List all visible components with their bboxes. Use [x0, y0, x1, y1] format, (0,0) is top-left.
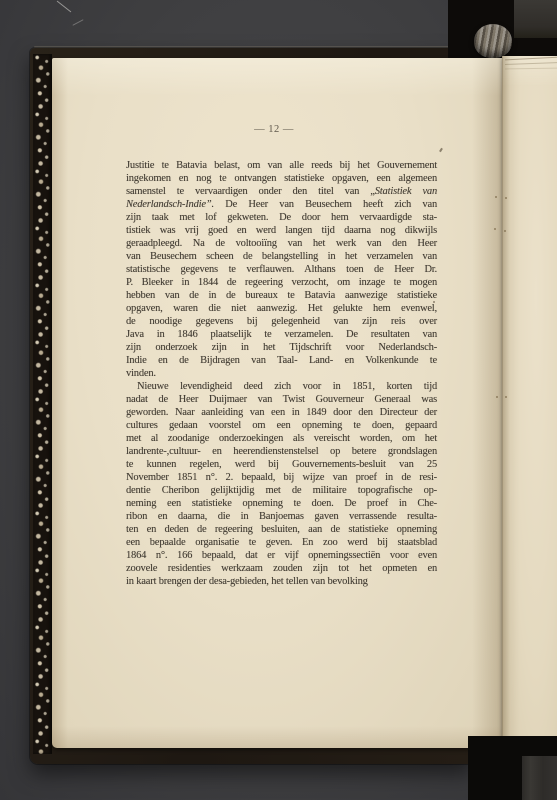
italic-text-segment: Nederlandsch-Indie”. [126, 199, 214, 210]
dust-scratch [72, 19, 83, 26]
text-line: samenstel te vervaardigen onder den tite… [126, 185, 437, 198]
text-line: de noodige gegevens bij gelegenheid van … [126, 315, 437, 328]
text-segment: de noodige gegevens bij gelegenheid van … [126, 316, 437, 327]
text-segment: Java in 1846 plaatselijk te verzamelen. … [126, 329, 437, 340]
headband-icon [474, 24, 512, 58]
text-segment: tistiek was vrij goed en werd langen tij… [126, 225, 437, 236]
text-line: ingekomen en nog te ontvangen statistiek… [126, 172, 437, 185]
text-line: opgaven, waren die niet aanwezig. Het ge… [126, 302, 437, 315]
page-edge-line [505, 68, 557, 70]
text-segment: ribon en daarna, die in Banjoemas gaven … [126, 511, 437, 522]
text-segment: opgaven, waren die niet aanwezig. Het ge… [126, 303, 437, 314]
page-edge-line [505, 57, 557, 61]
text-segment: De Heer van Beusechem heeft zich van [214, 199, 437, 210]
text-line: neming een statistieke opneming te doen.… [126, 497, 437, 510]
text-segment: zijn onderzoek zijn in het Tijdschrift v… [126, 342, 437, 353]
text-line: ten en deden de regeering besluiten, aan… [126, 523, 437, 536]
text-segment: cultures gedaan voorstel om een opneming… [126, 420, 437, 431]
text-segment: Indie en de Bijdragen van Taal- Land- en… [126, 355, 437, 366]
text-line: statistische gegevens te verflauwen. Alt… [126, 263, 437, 276]
text-segment: hebben van de in de bureaux te Batavia a… [126, 290, 437, 301]
text-segment: dentie Cheribon gelijktijdig met de mili… [126, 485, 437, 496]
text-line: zoovele residenties werkzaam zouden zijn… [126, 562, 437, 575]
text-line: Java in 1846 plaatselijk te verzamelen. … [126, 328, 437, 341]
scan-background: — 12 — Justitie te Batavia belast, om va… [0, 0, 557, 800]
text-segment: zoovele residenties werkzaam zouden zijn… [126, 563, 437, 574]
text-segment: 1864 n°. 166 bepaald, dat er vijf opnemi… [126, 550, 437, 561]
text-segment: geraadpleegd. Na de voltooiïng van het w… [126, 238, 437, 249]
text-line: van Beusechem scheen de belangstelling i… [126, 250, 437, 263]
text-line: hebben van de in de bureaux te Batavia a… [126, 289, 437, 302]
text-segment: samenstel te vervaardigen onder den tite… [126, 186, 375, 197]
text-line: November 1851 n°. 2. bepaald, bij wijze … [126, 471, 437, 484]
text-segment: landrente-,cultuur- en heerendienstenste… [126, 446, 437, 457]
page-number: — 12 — [126, 124, 422, 135]
text-segment: ingekomen en nog te ontvangen statistiek… [126, 173, 437, 184]
page-edge-line [505, 62, 557, 65]
book-page: — 12 — Justitie te Batavia belast, om va… [52, 58, 502, 748]
text-line: P. Bleeker in 1844 de regeering verzocht… [126, 276, 437, 289]
text-line: zijn taak met lof gekweten. De door hem … [126, 211, 437, 224]
ink-speck [439, 148, 443, 152]
text-line: Indie en de Bijdragen van Taal- Land- en… [126, 354, 437, 367]
paragraph: Nieuwe levendigheid deed zich voor in 18… [126, 380, 437, 588]
book-cover-board [522, 756, 557, 800]
text-segment: neming een statistieke opneming te doen.… [126, 498, 437, 509]
text-segment: ten en deden de regeering besluiten, aan… [126, 524, 437, 535]
text-segment: van Beusechem scheen de belangstelling i… [126, 251, 437, 262]
text-line: Justitie te Batavia belast, om van alle … [126, 159, 437, 172]
text-segment: Nieuwe levendigheid deed zich voor in 18… [137, 381, 437, 392]
text-segment: geworden. Naar aanleiding van een in 184… [126, 407, 437, 418]
facing-page-gutter [502, 56, 557, 740]
text-line: geraadpleegd. Na de voltooiïng van het w… [126, 237, 437, 250]
text-segment: Justitie te Batavia belast, om van alle … [126, 160, 437, 171]
stitch-hole [494, 228, 496, 230]
text-line: tistiek was vrij goed en werd langen tij… [126, 224, 437, 237]
ink-speck [433, 301, 435, 303]
dust-scratch [57, 1, 72, 13]
text-segment: November 1851 n°. 2. bepaald, bij wijze … [126, 472, 437, 483]
text-segment: P. Bleeker in 1844 de regeering verzocht… [126, 277, 437, 288]
text-segment: een bepaalde organisatie te geven. En zo… [126, 537, 437, 548]
text-segment: vinden. [126, 368, 156, 379]
text-line: cultures gedaan voorstel om een opneming… [126, 419, 437, 432]
stitch-hole [504, 230, 506, 232]
marbled-endpaper-edge [33, 54, 52, 754]
text-line: 1864 n°. 166 bepaald, dat er vijf opnemi… [126, 549, 437, 562]
stitch-hole [495, 196, 497, 198]
text-line: ribon en daarna, die in Banjoemas gaven … [126, 510, 437, 523]
text-segment: in kaart brengen der desa-gebieden, het … [126, 576, 368, 587]
text-line: met al zoodanige onderzoekingen als vere… [126, 432, 437, 445]
text-segment: te kunnen regelen, werd bij Gouvernement… [126, 459, 437, 470]
text-segment: met al zoodanige onderzoekingen als vere… [126, 433, 437, 444]
stitch-hole [505, 396, 507, 398]
text-line: een bepaalde organisatie te geven. En zo… [126, 536, 437, 549]
italic-text-segment: Statistiek van [375, 186, 437, 197]
paragraph: Justitie te Batavia belast, om van alle … [126, 159, 437, 380]
text-segment: nadat de Heer Duijmaer van Twist Gouvern… [126, 394, 437, 405]
text-line: zijn onderzoek zijn in het Tijdschrift v… [126, 341, 437, 354]
text-segment: statistische gegevens te verflauwen. Alt… [126, 264, 437, 275]
stitch-hole [496, 396, 498, 398]
text-line: in kaart brengen der desa-gebieden, het … [126, 575, 437, 588]
text-line: Nieuwe levendigheid deed zich voor in 18… [126, 380, 437, 393]
text-line: Nederlandsch-Indie”. De Heer van Beusech… [126, 198, 437, 211]
text-line: nadat de Heer Duijmaer van Twist Gouvern… [126, 393, 437, 406]
text-segment: zijn taak met lof gekweten. De door hem … [126, 212, 437, 223]
text-line: landrente-,cultuur- en heerendienstenste… [126, 445, 437, 458]
text-line: te kunnen regelen, werd bij Gouvernement… [126, 458, 437, 471]
book-cover-board [514, 0, 557, 38]
text-line: dentie Cheribon gelijktijdig met de mili… [126, 484, 437, 497]
text-line: vinden. [126, 367, 437, 380]
stitch-hole [505, 197, 507, 199]
page-text-block: Justitie te Batavia belast, om van alle … [126, 159, 437, 588]
text-line: geworden. Naar aanleiding van een in 184… [126, 406, 437, 419]
